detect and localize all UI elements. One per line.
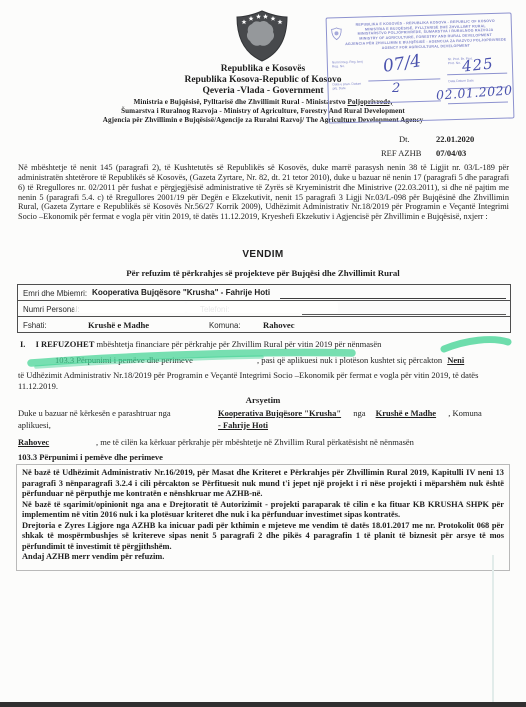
- personal-number-label: Numri Personal:: [23, 305, 80, 314]
- decision-subtitle: Për refuzim të përkrahjes së projekteve …: [0, 268, 526, 278]
- decision-item: I. I REFUZOHET mbështetja financiare për…: [20, 339, 490, 349]
- ref-value: 07/04/03: [436, 148, 466, 158]
- scan-edge-artifact: [492, 555, 494, 703]
- justification-heading: Arsyetim: [0, 395, 526, 405]
- stamp-writing-line: [368, 78, 440, 81]
- reasoning-paragraph: Në bazë të Udhëzimit Administrativ Nr.16…: [22, 468, 504, 500]
- decision-rest: mbështetja financiare për përkrahje për …: [97, 339, 382, 349]
- municipality-name: Rahovec: [18, 437, 49, 447]
- justification-line2-pre: aplikuesi,: [18, 420, 51, 430]
- reasoning-box: Në bazë të Udhëzimit Administrativ Nr.16…: [16, 464, 510, 571]
- justification-submeasure: 103.3 Përpunimi i pemëve dhe perimeve: [18, 452, 163, 462]
- decision-lead: I REFUZOHET: [36, 339, 95, 349]
- decision-item-number: I.: [20, 339, 25, 349]
- value-underline: [280, 298, 506, 299]
- reasoning-paragraph: Në bazë të sqarimit/opinionit nga ana e …: [22, 500, 504, 521]
- date-label: Dt.: [399, 134, 410, 144]
- municipality-value: Rahovec: [263, 320, 295, 330]
- name-value: Kooperativa Bujqësore "Krusha" - Fahrije…: [92, 288, 270, 297]
- komuna-text: , Komuna: [448, 408, 482, 418]
- whiteout-mark: [186, 302, 338, 313]
- decision-after-submeasure: , pasi që aplikuesi nuk i plotëson kusht…: [257, 355, 464, 365]
- value-underline: [302, 314, 506, 315]
- table-row-separator: [18, 316, 510, 317]
- village-value: Krushë e Madhe: [88, 320, 149, 330]
- name-label: Emri dhe Mbiemri:: [23, 289, 87, 298]
- stamp-emblem-icon: [331, 27, 342, 40]
- decision-continuation: të Udhëzimit Administrativ Nr.18/2019 pë…: [18, 370, 510, 391]
- applicant-table: Emri dhe Mbiemri: Kooperativa Bujqësore …: [17, 284, 511, 333]
- handwritten-protocol-number: 425: [461, 54, 494, 75]
- letterhead-line-4a: Ministria e Bujqësisë, Pylltarisë dhe Zh…: [134, 98, 348, 106]
- village-label: Fshati:: [23, 321, 47, 330]
- scan-bottom-edge: [0, 702, 526, 707]
- green-highlighter-marks: [0, 330, 526, 375]
- scanned-decision-document: Republika e Kosovës Republika Kosova-Rep…: [0, 0, 526, 707]
- justification-line3-rest: , me të cilën ka kërkuar përkrahje për m…: [96, 437, 414, 447]
- decision-submeasure: 103.3 Përpunimi i pemëve dhe perimeve: [55, 355, 193, 365]
- justification-line1-pre: Duke u bazuar në kërkesën e parashtruar …: [18, 408, 171, 418]
- stamp-title-block: REPUBLIKA E KOSOVËS - REPUBLIKA KOSOVA -…: [344, 19, 508, 52]
- intro-paragraph: Në mbështetje të nenit 145 (paragrafi 2)…: [18, 163, 509, 222]
- ref-label: REF AZHB: [381, 148, 421, 158]
- stamp-writing-line: [448, 102, 508, 105]
- date-value: 22.01.2020: [436, 134, 474, 144]
- table-row-separator: [18, 300, 510, 301]
- decision-title: VENDIM: [0, 249, 526, 260]
- kosovo-coat-of-arms-icon: [233, 9, 291, 63]
- reasoning-paragraph: Drejtoria e Zyres Ligjore nga AZHB ka in…: [22, 521, 504, 553]
- stamp-field-date-label: Data Datum Date: [448, 78, 474, 83]
- handwritten-copies: 2: [392, 81, 400, 96]
- justification-line1-rest: Kooperativa Bujqësore "Krusha" nga Krush…: [218, 408, 482, 418]
- decision-after-text: , pasi që aplikuesi nuk i plotëson kusht…: [257, 355, 442, 365]
- nga-text: nga: [353, 408, 365, 418]
- stamp-field-reg-label: Numri Reg. Reg. broj Reg. No.: [332, 60, 366, 69]
- article-reference: Neni: [447, 355, 464, 365]
- stamp-field-date-received-label: Data e pran. Datum prij. Date: [332, 82, 366, 91]
- whiteout-mark: [74, 302, 186, 313]
- municipality-label: Komuna:: [209, 321, 241, 330]
- applicant-name: Kooperativa Bujqësore "Krusha": [218, 408, 341, 418]
- applicant-name-line2: - Fahrije Hoti: [218, 420, 268, 430]
- reasoning-paragraph: Andaj AZHB merr vendim për refuzim.: [22, 552, 504, 563]
- stamp-writing-line: [369, 100, 441, 103]
- village-name: Krushë e Madhe: [376, 408, 436, 418]
